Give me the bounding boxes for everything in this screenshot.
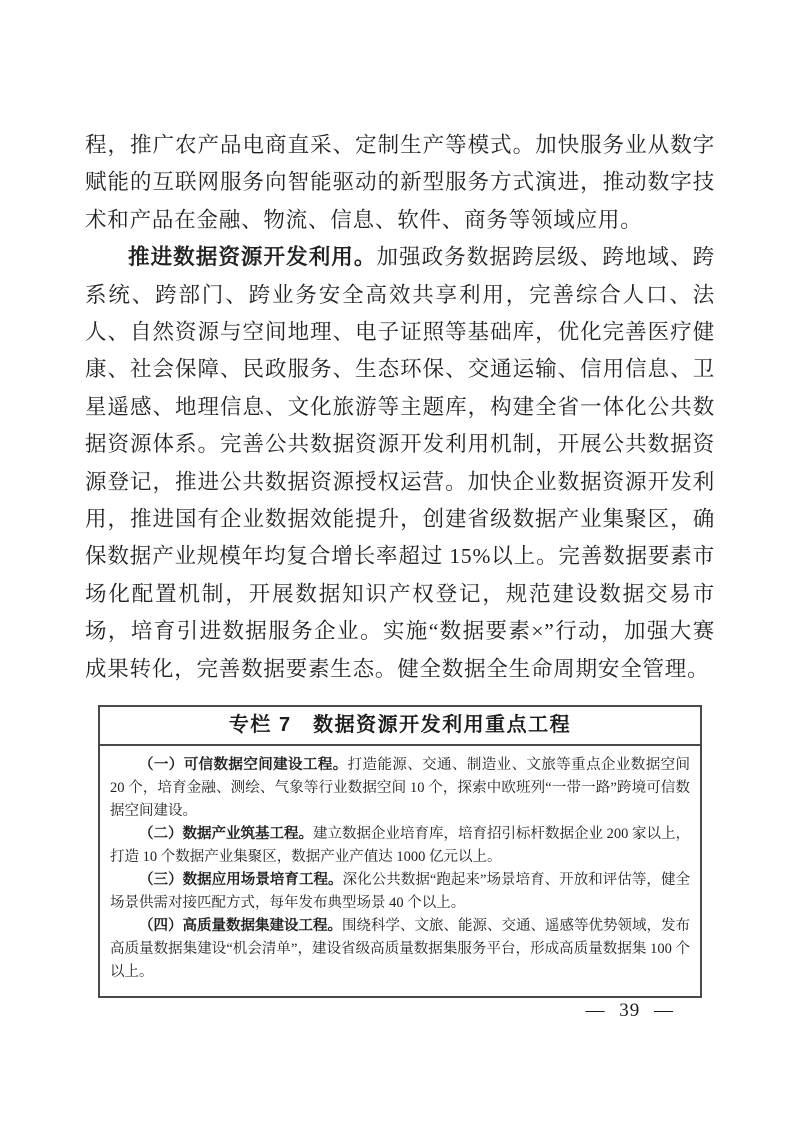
document-page: 程，推广农产品电商直采、定制生产等模式。加快服务业从数字赋能的互联网服务向智能驱… <box>0 0 794 1123</box>
paragraph-body-text: 加强政务数据跨层级、跨地域、跨系统、跨部门、跨业务安全高效共享利用，完善综合人口… <box>85 245 715 680</box>
paragraph-continuation: 程，推广农产品电商直采、定制生产等模式。加快服务业从数字赋能的互联网服务向智能驱… <box>85 127 715 239</box>
box-item-2-lead: （二）数据产业筑基工程。 <box>139 826 313 842</box>
paragraph-bold-lead: 推进数据资源开发利用。 <box>128 245 376 269</box>
box-item-4-lead: （四）高质量数据集建设工程。 <box>139 918 342 934</box>
box-item-3-lead: （三）数据应用场景培育工程。 <box>139 872 343 888</box>
box-item-data-industry-foundation: （二）数据产业筑基工程。建立数据企业培育库，培育招引标杆数据企业 200 家以上… <box>110 823 690 869</box>
column-box-body: （一）可信数据空间建设工程。打造能源、交通、制造业、文旅等重点企业数据空间 20… <box>100 746 700 996</box>
paragraph-data-resource-development: 推进数据资源开发利用。加强政务数据跨层级、跨地域、跨系统、跨部门、跨业务安全高效… <box>85 239 715 688</box>
page-number: — 39 — <box>586 1000 675 1022</box>
box-item-application-scenario: （三）数据应用场景培育工程。深化公共数据“跑起来”场景培育、开放和评估等，健全场… <box>110 869 690 915</box>
column-7-box: 专栏 7 数据资源开发利用重点工程 （一）可信数据空间建设工程。打造能源、交通、… <box>98 705 702 998</box>
body-text: 程，推广农产品电商直采、定制生产等模式。加快服务业从数字赋能的互联网服务向智能驱… <box>85 127 715 688</box>
column-box-title: 专栏 7 数据资源开发利用重点工程 <box>100 707 700 746</box>
box-item-high-quality-dataset: （四）高质量数据集建设工程。围绕科学、文旅、能源、交通、遥感等优势领域，发布高质… <box>110 915 690 984</box>
box-item-1-lead: （一）可信数据空间建设工程。 <box>139 757 348 773</box>
box-item-trusted-data-space: （一）可信数据空间建设工程。打造能源、交通、制造业、文旅等重点企业数据空间 20… <box>110 754 690 823</box>
